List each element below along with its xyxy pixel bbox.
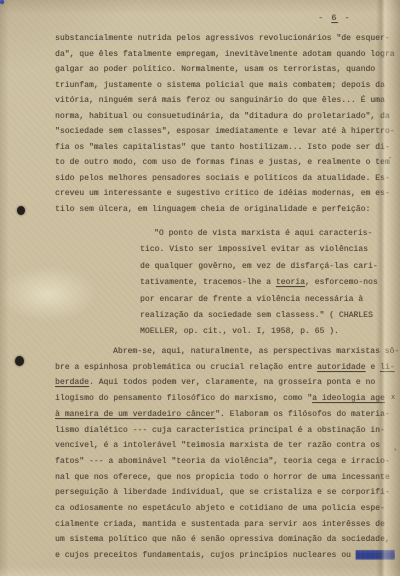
paragraph-body-2: Abrem-se, aqui, naturalmente, as perspec…: [55, 344, 400, 564]
text-line: realização da sociedade sem classess." (…: [140, 308, 392, 324]
text-line: bre a espinhosa problemática ou crucial …: [55, 360, 400, 376]
text-line: "O ponto de vista marxista é aqui caract…: [140, 226, 392, 242]
text-line: vitória, ninguém será mais feroz ou sang…: [55, 93, 400, 109]
margin-x-mark: x: [391, 394, 395, 402]
text-line: "sociedade sem classes", esposar imediat…: [55, 124, 400, 140]
text-line: tico. Visto ser impossível evitar as vio…: [140, 242, 392, 258]
margin-tick-mark: ': [393, 449, 397, 457]
text-line: norma, habitual ou consuetudinária, da "…: [55, 109, 400, 125]
text-line: à maneira de um verdadeiro câncer". Elab…: [55, 407, 400, 423]
text-line: da", que êles fatalmente empregam, inevi…: [55, 47, 400, 63]
margin-blue-ink-dot: [0, 0, 4, 4]
page-number-value: 6: [331, 13, 338, 23]
text-line: fia os "males capitalistas" que tanto ho…: [55, 140, 400, 156]
text-line: por encarar de frente a violência necess…: [140, 292, 392, 308]
text-line: fatos" --- a abominável "teoria da violê…: [55, 454, 400, 470]
text-line: e cujos preceitos fundamentais, cujos pr…: [55, 548, 400, 564]
text-line: berdade. Aqui todos podem ver, clarament…: [55, 375, 400, 391]
page-number-suffix: -: [338, 13, 351, 23]
text-line: MOELLER, op. cit., vol. I, 1958, p. 65 )…: [140, 324, 392, 340]
text-line: ilogismo do pensamento filosófico do mar…: [55, 391, 400, 407]
text-line: de qualquer govêrno, em vez de disfarçá-…: [140, 259, 392, 275]
text-line: substancialmente nutrida pelos agressivo…: [55, 31, 400, 47]
text-line: tativamente, tracemos-lhe a teoria, esfo…: [140, 275, 392, 291]
text-line: Abrem-se, aqui, naturalmente, as perspec…: [55, 344, 400, 360]
text-line: vencível, é a intolerável "teimosia marx…: [55, 438, 400, 454]
text-line: nal que nos oferece, que nos propicia to…: [55, 470, 400, 486]
paragraph-body-1: substancialmente nutrida pelos agressivo…: [55, 31, 400, 217]
text-line: sido pelos melhores pensadores sociais e…: [55, 171, 400, 187]
text-line: cialmente criada, mantida e sustentada p…: [55, 517, 400, 533]
text-line: creveu um interessante e sugestivo críti…: [55, 186, 400, 202]
text-line: tilo sem úlcera, em linguagem cheia de o…: [55, 202, 400, 218]
page-number: - 6 -: [318, 13, 351, 23]
margin-dash-mark: -: [388, 155, 392, 163]
scanned-document-page: - 6 - substancialmente nutrida pelos agr…: [0, 0, 400, 576]
block-quote: "O ponto de vista marxista é aqui caract…: [140, 226, 392, 341]
text-line: triunfam, justamente o sistema policial …: [55, 78, 400, 94]
hole-punch-dot-bottom: [15, 356, 24, 366]
text-line: galgar ao poder político. Normalmente, u…: [55, 62, 400, 78]
text-line: ca odiosamente no espetáculo abjeto e co…: [55, 501, 400, 517]
text-line: um sistema político que não é senão opre…: [55, 532, 400, 548]
text-line: perseguição à liberdade individual, que …: [55, 485, 400, 501]
text-line: to de outro modo, com uso de formas fina…: [55, 155, 400, 171]
text-line: lismo dialético --- cuja característica …: [55, 423, 400, 439]
hole-punch-dot-top: [17, 206, 25, 215]
page-number-prefix: -: [318, 13, 331, 23]
